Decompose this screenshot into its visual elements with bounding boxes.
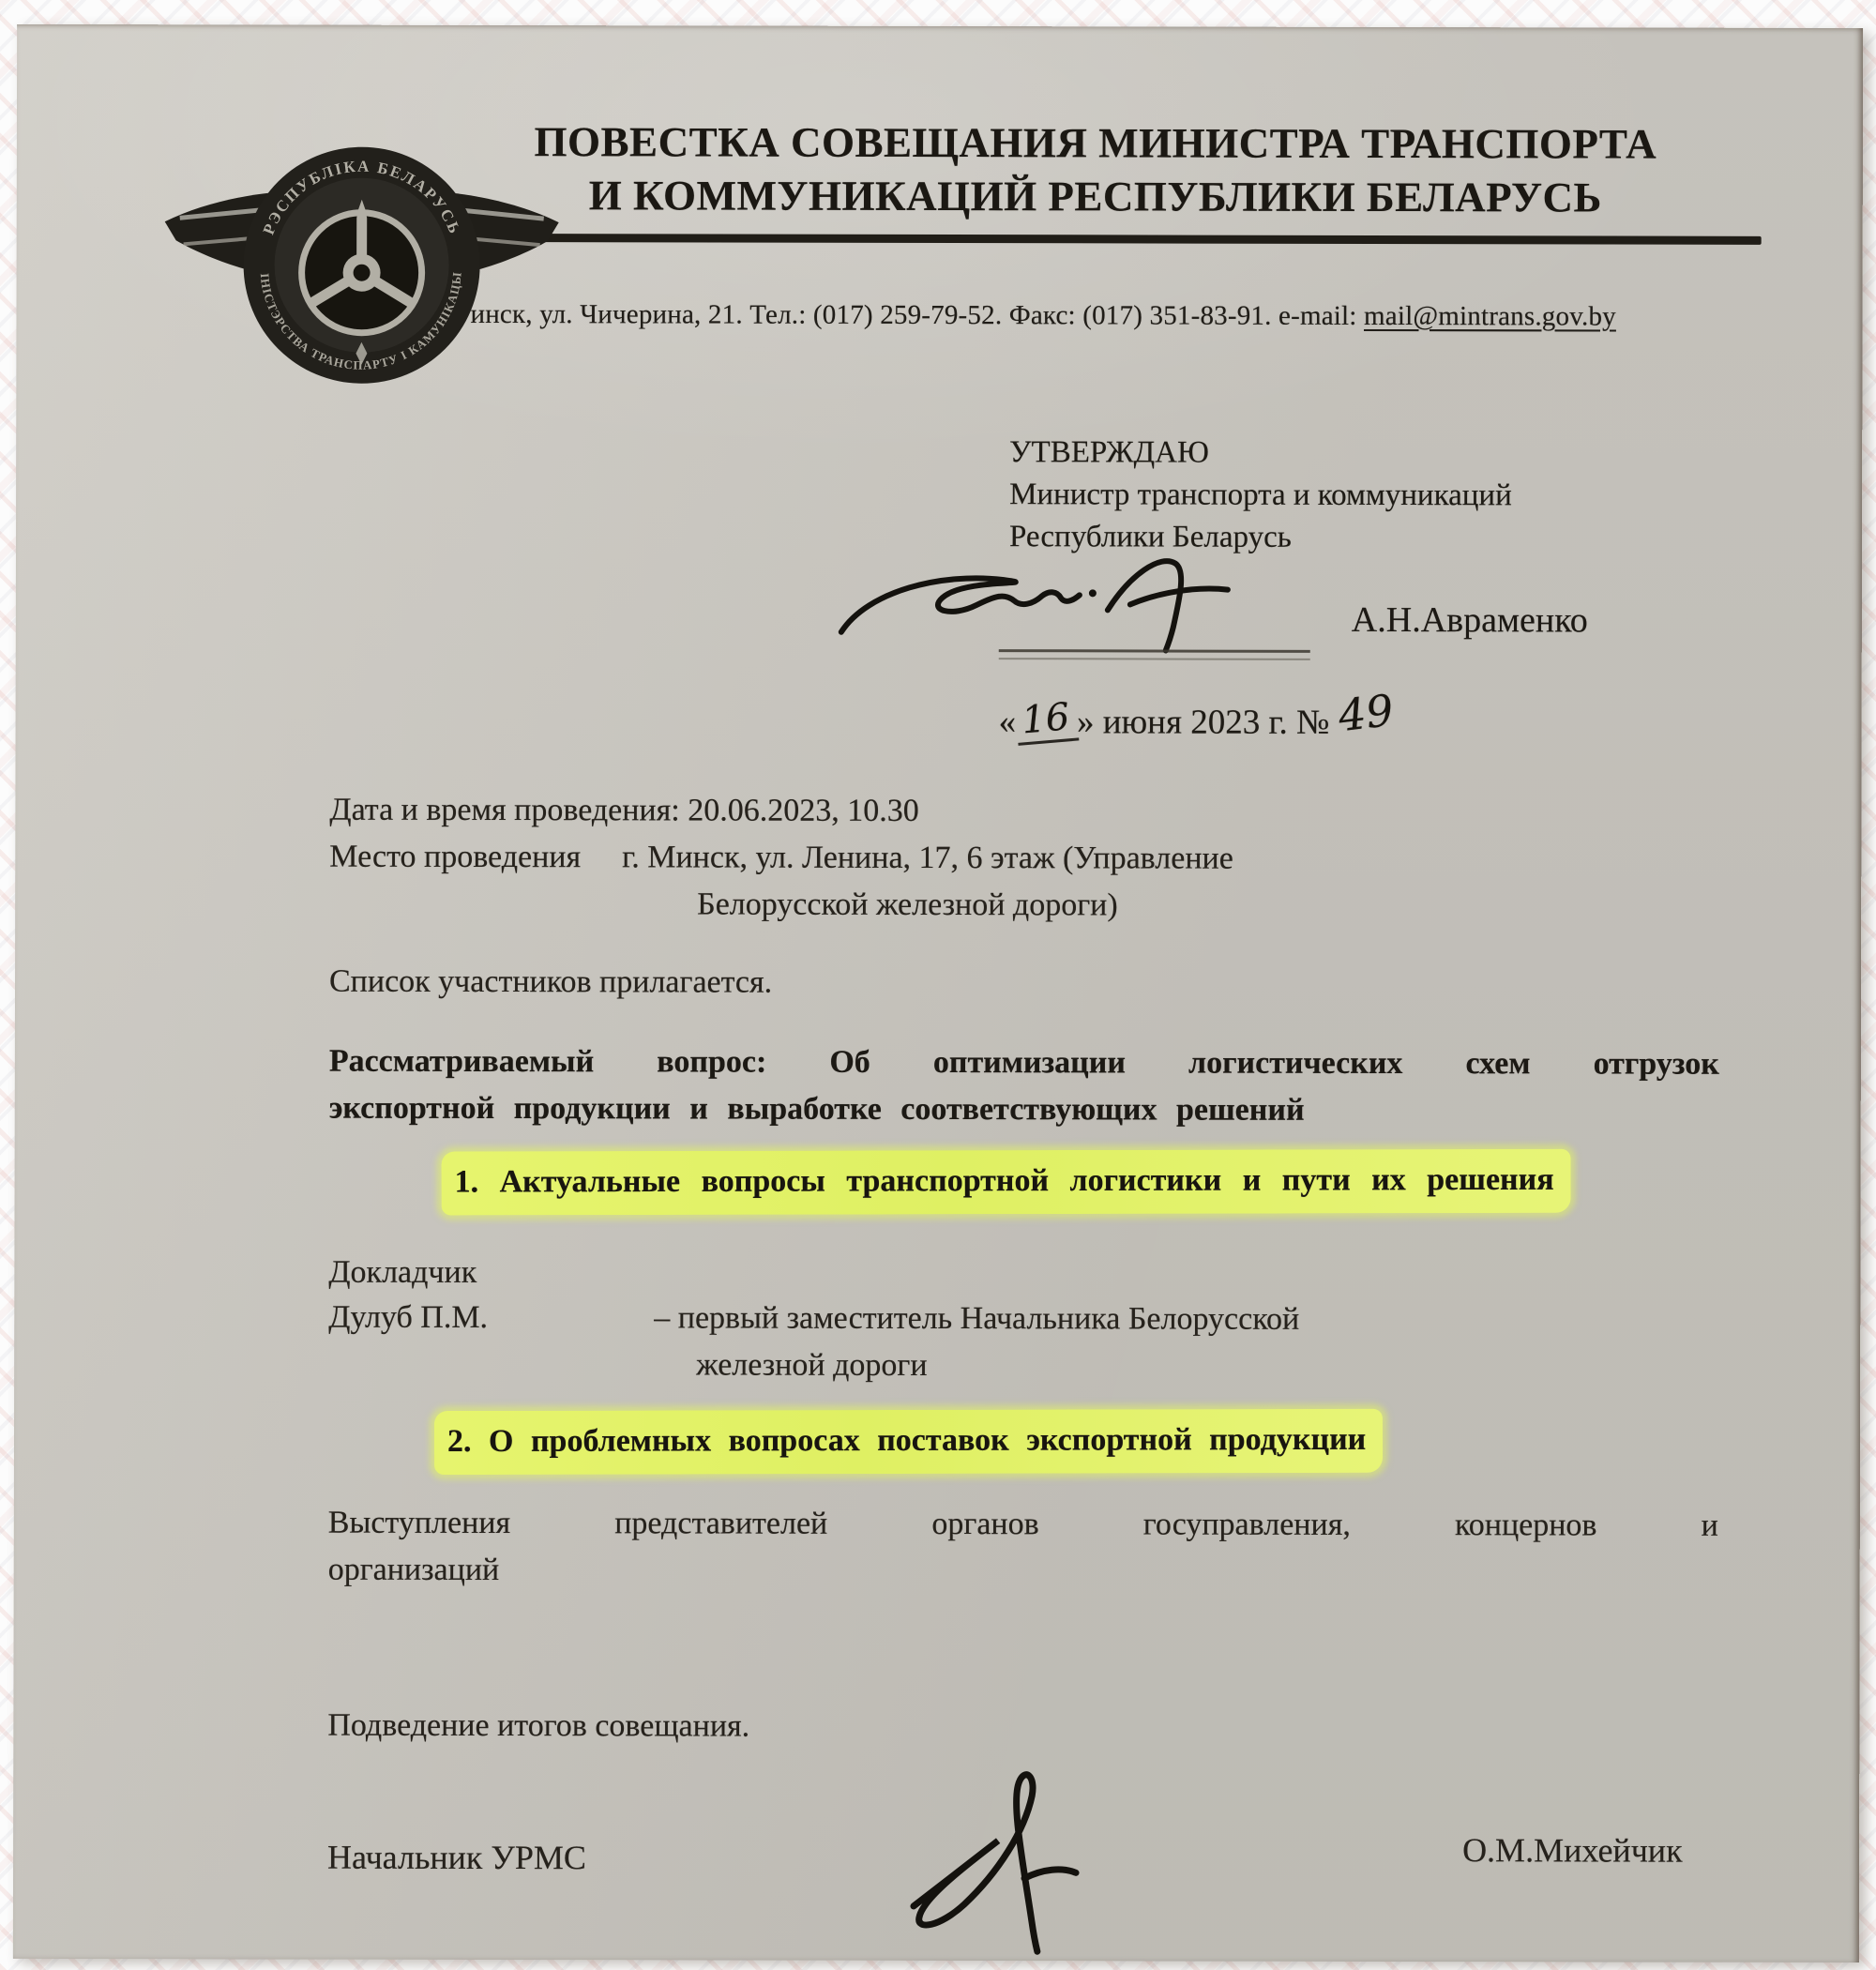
document-title: ПОВЕСТКА СОВЕЩАНИЯ МИНИСТРА ТРАНСПОРТА И… [420, 115, 1771, 225]
ministry-emblem-icon: РЭСПУБЛІКА БЕЛАРУСЬ МІНІСТЭРСТВА ТРАНСПА… [157, 107, 567, 414]
signature-underline [999, 649, 1310, 660]
agenda-item-2-highlighted: 2. О проблемных вопросах поставок экспор… [434, 1409, 1383, 1475]
approval-date-line: «16» июня 2023 г. №49 [999, 692, 1394, 746]
speaker-role-line1: – первый заместитель Начальника Белорусс… [654, 1295, 1299, 1342]
question-line2: экспортной продукции и выработке соответ… [329, 1085, 1305, 1134]
approval-block: УТВЕРЖДАЮ Министр транспорта и коммуника… [1009, 432, 1512, 559]
page-background: РЭСПУБЛІКА БЕЛАРУСЬ МІНІСТЭРСТВА ТРАНСПА… [0, 0, 1876, 1970]
datetime-line: Дата и время проведения: 20.06.2023, 10.… [329, 787, 918, 835]
document-title-line1: ПОВЕСТКА СОВЕЩАНИЯ МИНИСТРА ТРАНСПОРТА [420, 115, 1771, 172]
place-value-line2: Белорусской железной дороги) [697, 881, 1118, 929]
approver-name: А.Н.Авраменко [1352, 599, 1588, 642]
date-rest: июня 2023 г. № [1094, 703, 1329, 742]
footer-signature [882, 1745, 1226, 1970]
footer-position: Начальник УРМС [327, 1834, 586, 1882]
address-email: mail@mintrans.gov.by [1364, 301, 1616, 332]
document-title-line2: И КОММУНИКАЦИЙ РЕСПУБЛИКИ БЕЛАРУСЬ [420, 169, 1771, 225]
question-line1: Рассматриваемый вопрос: Об оптимизации л… [329, 1038, 1719, 1088]
place-line: Место проведенияг. Минск, ул. Ленина, 17… [329, 834, 1233, 883]
place-value-line1: г. Минск, ул. Ленина, 17, 6 этаж (Управл… [622, 840, 1233, 875]
document-sheet: РЭСПУБЛІКА БЕЛАРУСЬ МІНІСТЭРСТВА ТРАНСПА… [13, 24, 1863, 1962]
approve-word: УТВЕРЖДАЮ [1009, 432, 1512, 475]
speaker-name: Дулуб П.М. [328, 1295, 488, 1341]
date-open-quote: « [999, 703, 1017, 741]
speeches-line2: организаций [328, 1547, 500, 1594]
handwritten-day: 16 [1014, 695, 1079, 746]
agenda-item-1-highlighted: 1. Актуальные вопросы транспортной логис… [442, 1149, 1571, 1216]
document-paper: РЭСПУБЛІКА БЕЛАРУСЬ МІНІСТЭРСТВА ТРАНСПА… [13, 24, 1863, 1962]
participants-line: Список участников прилагается. [329, 959, 772, 1007]
speaker-role-line2: железной дороги [696, 1341, 927, 1389]
speeches-line1: Выступления представителей органов госуп… [328, 1500, 1718, 1550]
place-label: Место проведения [329, 840, 581, 875]
address-line: инск, ул. Чичерина, 21. Тел.: (017) 259-… [470, 299, 1615, 333]
title-divider-line [505, 234, 1762, 245]
date-close-quote: » [1077, 703, 1095, 741]
handwritten-doc-number: 49 [1336, 685, 1397, 742]
address-text: инск, ул. Чичерина, 21. Тел.: (017) 259-… [470, 299, 1364, 331]
closing-line: Подведение итогов совещания. [327, 1703, 749, 1750]
speaker-label: Докладчик [328, 1250, 477, 1296]
footer-name: О.М.Михейчик [1462, 1826, 1683, 1873]
approver-title-line1: Министр транспорта и коммуникаций [1009, 474, 1512, 517]
